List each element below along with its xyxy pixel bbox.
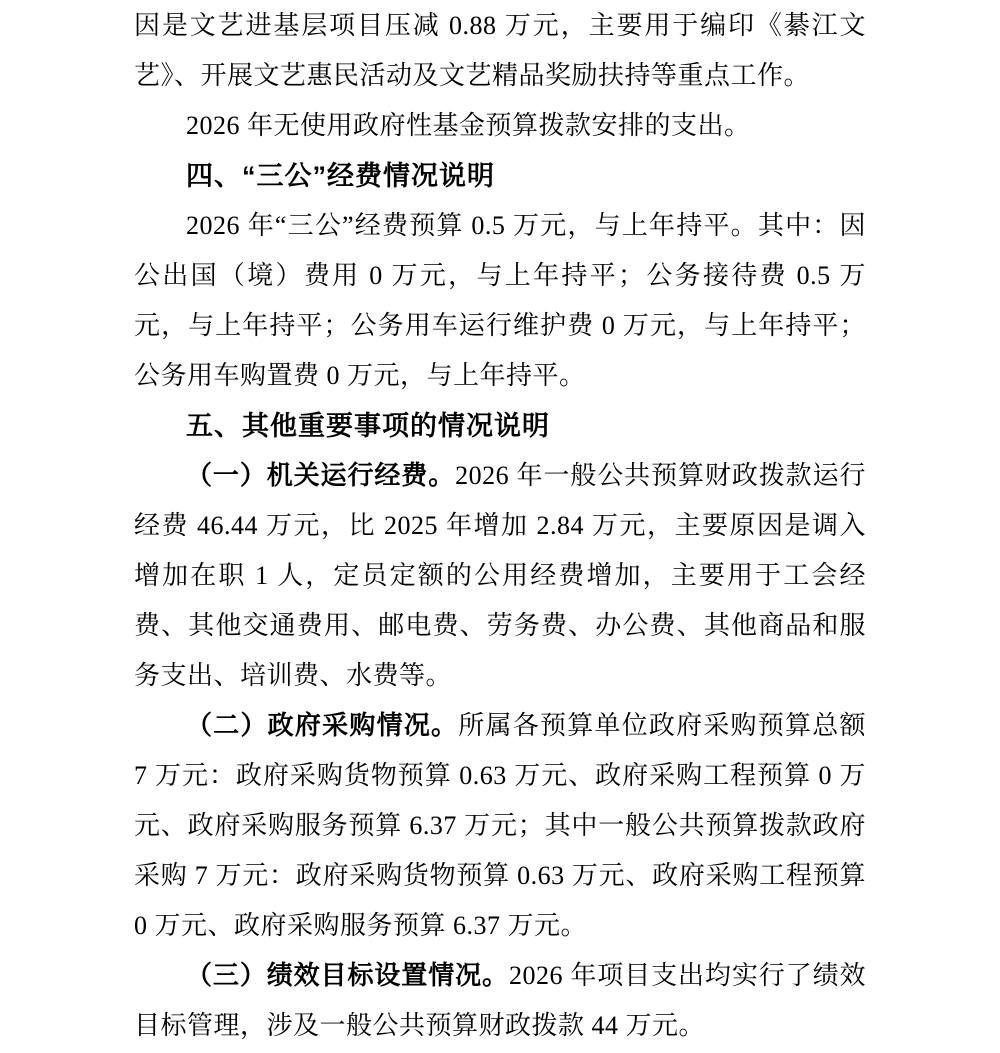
paragraph-text: 2026 年一般公共预算财政拨款运行经费 46.44 万元，比 2025 年增加… xyxy=(134,461,866,690)
paragraph-text: 所属各预算单位政府采购预算总额 7 万元：政府采购货物预算 0.63 万元、政府… xyxy=(134,711,866,940)
paragraph: （二）政府采购情况。所属各预算单位政府采购预算总额 7 万元：政府采购货物预算 … xyxy=(134,701,866,951)
section-heading-five: 五、其他重要事项的情况说明 xyxy=(134,401,866,451)
paragraph-lead: （二）政府采购情况。 xyxy=(186,711,458,740)
paragraph-continuation: 因是文艺进基层项目压减 0.88 万元，主要用于编印《綦江文艺》、开展文艺惠民活… xyxy=(134,1,866,101)
paragraph: （一）机关运行经费。2026 年一般公共预算财政拨款运行经费 46.44 万元，… xyxy=(134,451,866,701)
document-page: 因是文艺进基层项目压减 0.88 万元，主要用于编印《綦江文艺》、开展文艺惠民活… xyxy=(0,0,1000,1053)
paragraph-lead: （三）绩效目标设置情况。 xyxy=(186,961,509,990)
paragraph: 2026 年无使用政府性基金预算拨款安排的支出。 xyxy=(134,101,866,151)
section-heading-four: 四、“三公”经费情况说明 xyxy=(134,151,866,201)
paragraph: 2026 年“三公”经费预算 0.5 万元，与上年持平。其中：因公出国（境）费用… xyxy=(134,201,866,401)
paragraph: （三）绩效目标设置情况。2026 年项目支出均实行了绩效目标管理，涉及一般公共预… xyxy=(134,951,866,1051)
paragraph-lead: （一）机关运行经费。 xyxy=(186,461,455,490)
